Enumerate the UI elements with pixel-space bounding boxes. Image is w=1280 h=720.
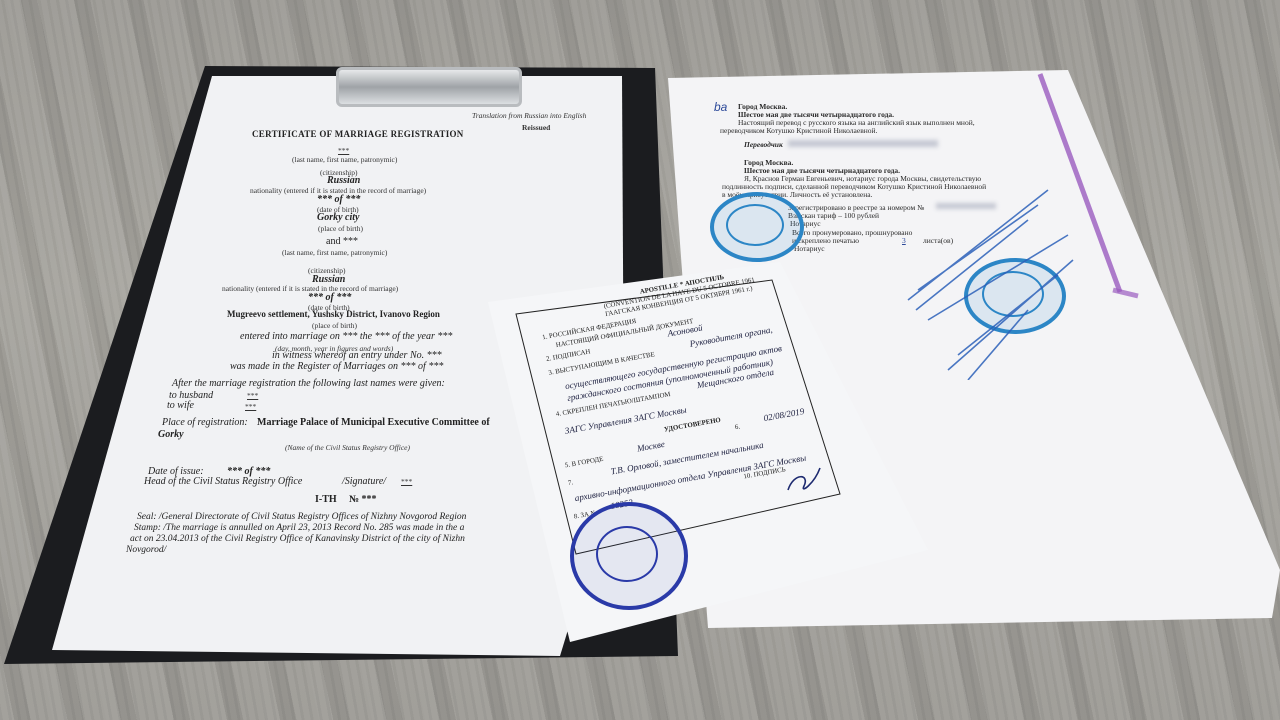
field-5-label: 5. В ГОРОДЕ bbox=[564, 456, 604, 470]
field-7-label: 7. bbox=[568, 479, 574, 487]
place-value: Marriage Palace of Municipal Executive C… bbox=[257, 417, 490, 428]
signature-label: /Signature/ bbox=[342, 476, 386, 487]
place-value-2: Gorky bbox=[158, 429, 184, 440]
apostille-slip: APOSTILLE * АПОСТИЛЬ (CONVENTION DE LA H… bbox=[480, 262, 930, 647]
blurred-signature bbox=[788, 140, 938, 147]
caption: (last name, first name, patronymic) bbox=[292, 155, 397, 164]
husband-pob: Gorky city bbox=[317, 212, 360, 223]
husband-name: *** bbox=[338, 146, 349, 155]
caption: (place of birth) bbox=[312, 321, 357, 330]
caption: (Name of the Civil Status Registry Offic… bbox=[285, 443, 410, 452]
field-5-value: Москве bbox=[636, 439, 665, 454]
seal-line: Seal: /General Directorate of Civil Stat… bbox=[137, 512, 466, 522]
register-line: was made in the Register of Marriages on… bbox=[230, 361, 443, 372]
wife-name: and *** bbox=[326, 236, 358, 247]
translator-label: Переводчик bbox=[744, 140, 783, 149]
certificate-number: № *** bbox=[349, 494, 377, 505]
husband-nationality: Russian bbox=[327, 175, 360, 186]
field-2-label: 2. ПОДПИСАН bbox=[546, 348, 591, 363]
handwritten-mark: ba bbox=[714, 100, 727, 114]
signature-value: *** bbox=[401, 477, 412, 486]
to-wife-label: to wife bbox=[167, 400, 194, 411]
clipboard-clip bbox=[336, 67, 522, 107]
reissued-label: Reissued bbox=[522, 123, 550, 132]
stamp-line: Stamp: /The marriage is annulled on Apri… bbox=[134, 523, 464, 533]
place-label: Place of registration: bbox=[162, 417, 248, 428]
stamp-line: act on 23.04.2013 of the Civil Registry … bbox=[130, 534, 465, 544]
stamp-line: Novgorod/ bbox=[126, 545, 166, 555]
names-given-line: After the marriage registration the foll… bbox=[172, 378, 445, 389]
field-6-value: 02/08/2019 bbox=[763, 406, 805, 423]
wife-pob: Mugreevo settlement, Yushsky District, I… bbox=[227, 309, 440, 319]
apostille-stamp bbox=[570, 502, 688, 610]
certificate-title: CERTIFICATE OF MARRIAGE REGISTRATION bbox=[252, 129, 464, 139]
field-6-label: 6. bbox=[734, 423, 740, 431]
husband-dob: *** of *** bbox=[317, 194, 360, 205]
head-label: Head of the Civil Status Registry Office bbox=[144, 476, 302, 487]
wife-dob: *** of *** bbox=[308, 292, 351, 303]
apostille-signature bbox=[780, 462, 830, 502]
to-husband-value: *** bbox=[247, 391, 258, 400]
caption: (place of birth) bbox=[318, 224, 363, 233]
to-wife-value: *** bbox=[245, 402, 256, 411]
certificate-series: I-TH bbox=[315, 494, 337, 505]
certified-label: УДОСТОВЕРЕНО bbox=[664, 417, 722, 434]
notary-text: переводчиком Котушко Кристиной Николаевн… bbox=[720, 126, 877, 135]
translation-note: Translation from Russian into English bbox=[472, 111, 586, 120]
caption: (last name, first name, patronymic) bbox=[282, 248, 387, 257]
notary-stamp bbox=[710, 192, 804, 262]
entry-line: in witness whereof an entry under No. **… bbox=[272, 350, 442, 361]
marriage-date-line: entered into marriage on *** the *** of … bbox=[240, 331, 452, 342]
